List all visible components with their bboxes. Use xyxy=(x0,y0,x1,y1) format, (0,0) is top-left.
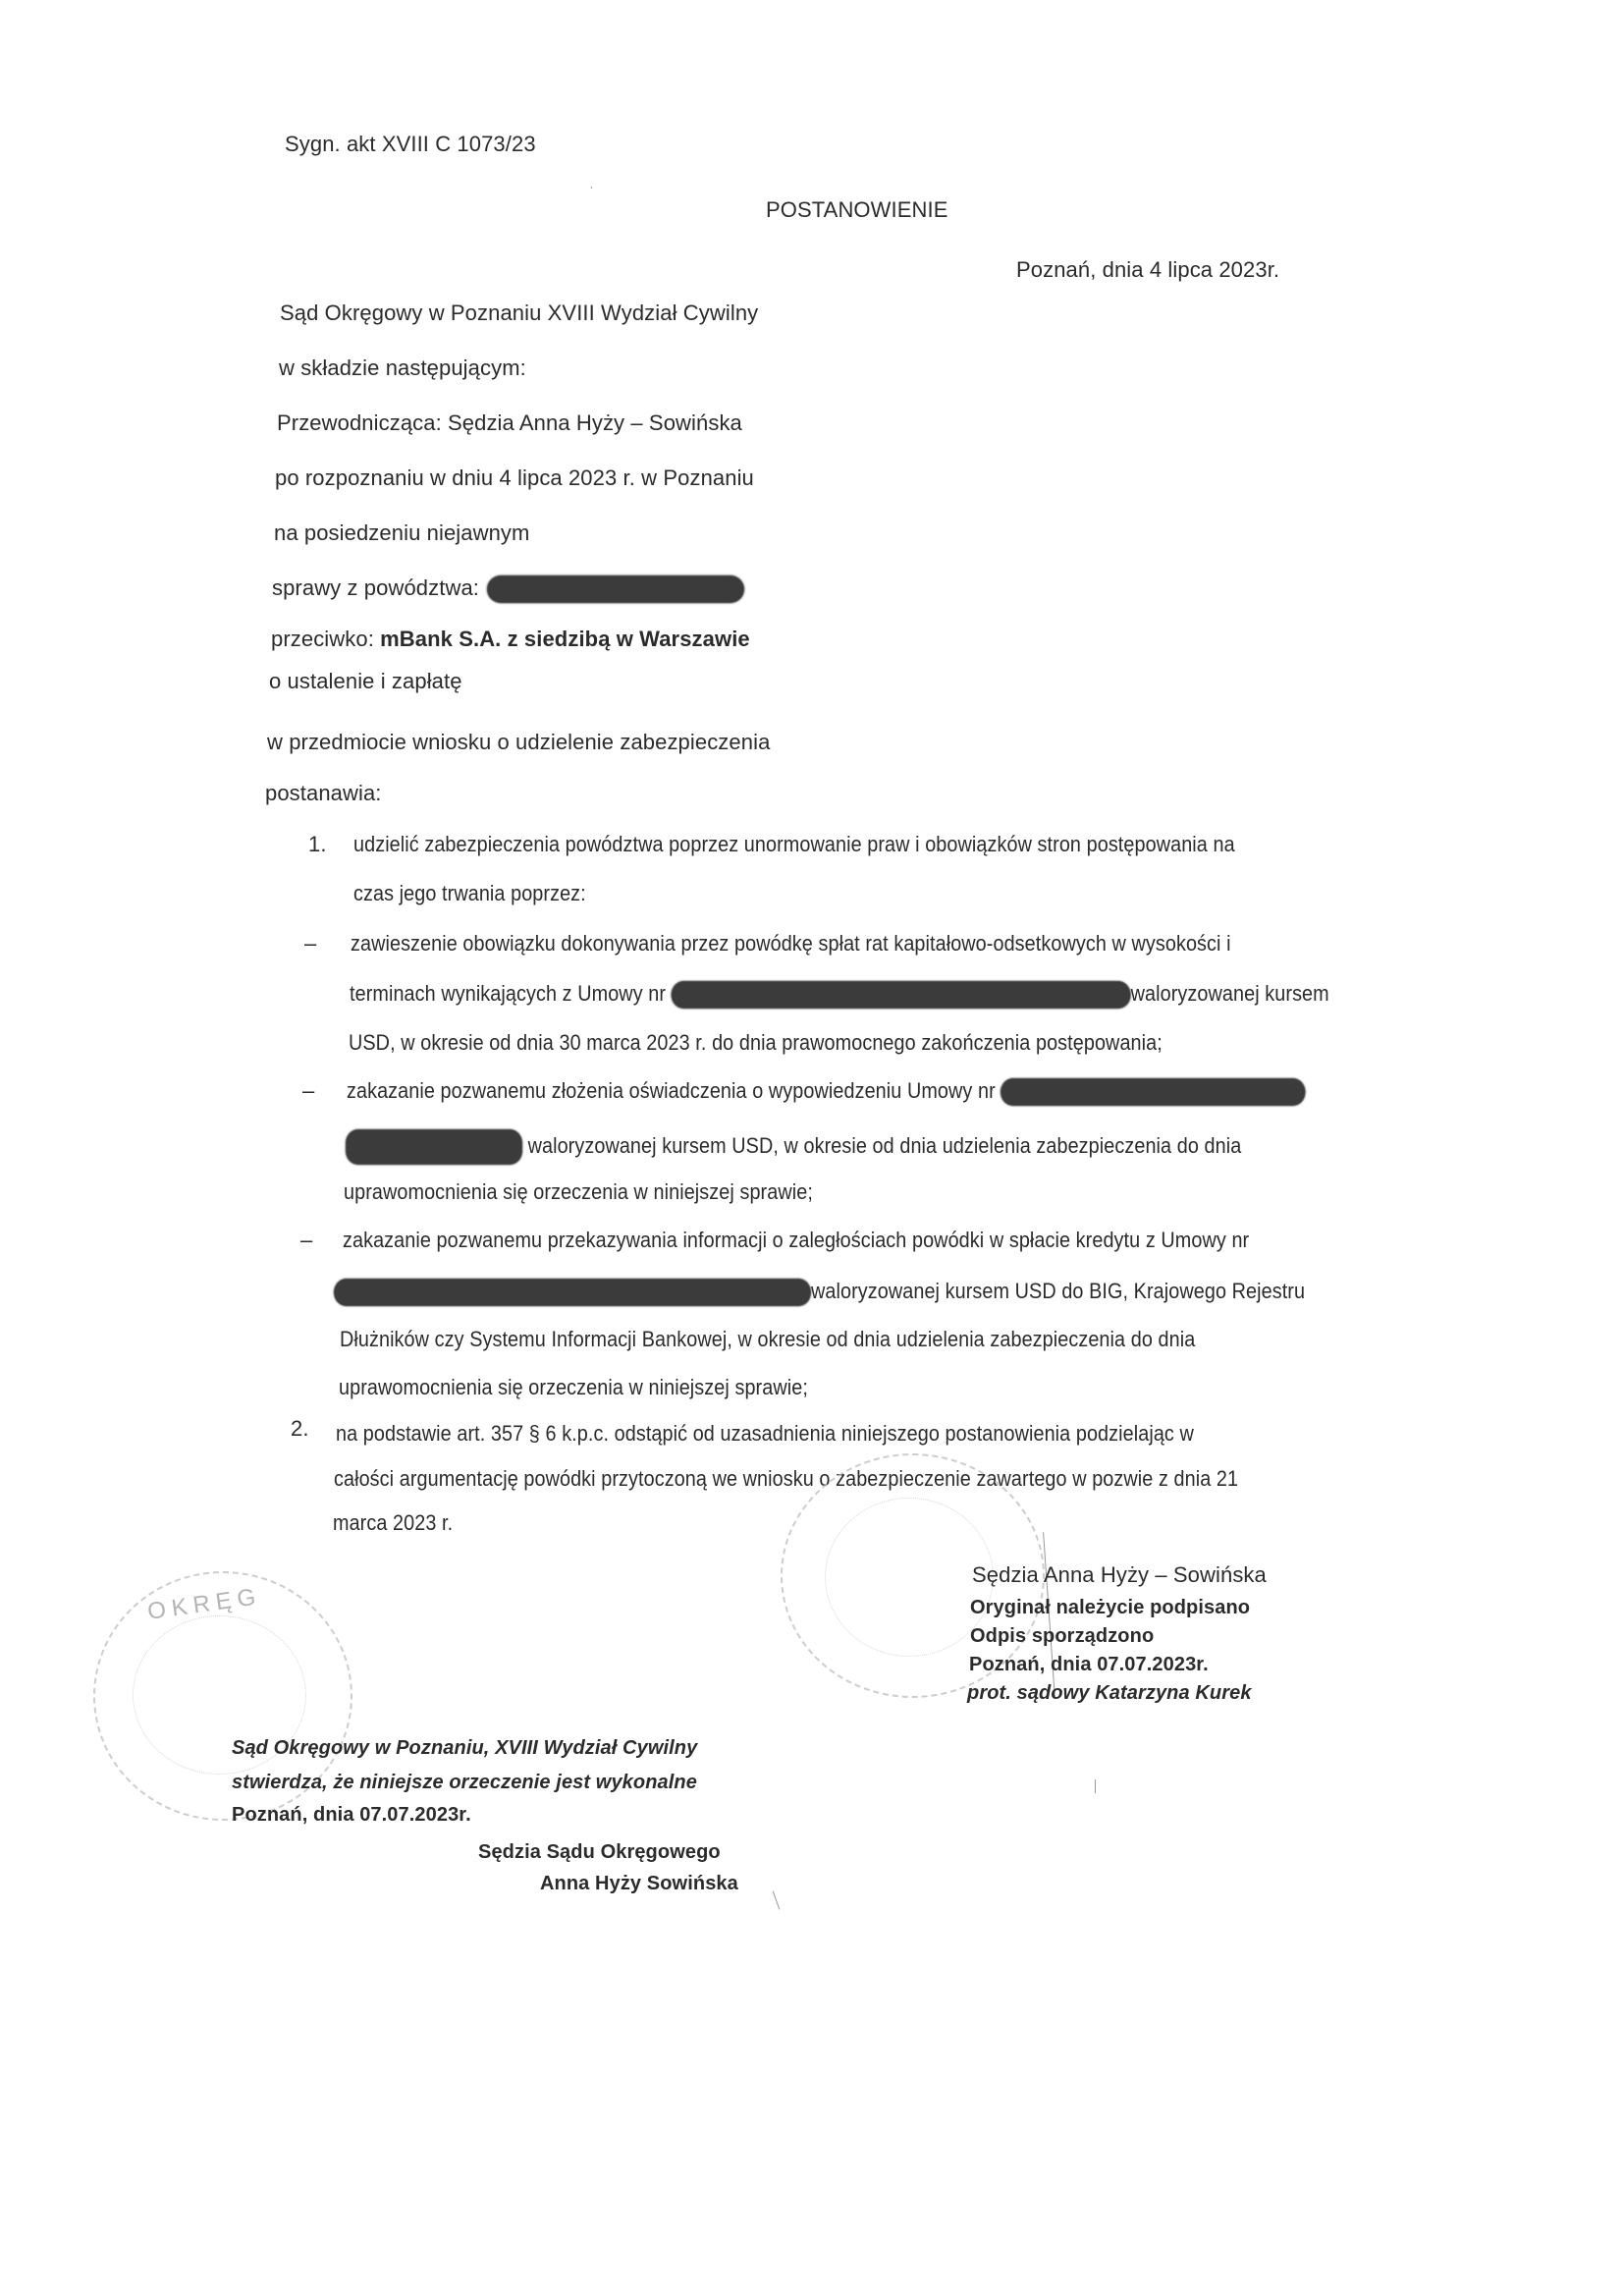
enforceability-statement: stwierdza, że niniejsze orzeczenie jest … xyxy=(232,1770,697,1795)
item2-line3: marca 2023 r. xyxy=(333,1509,453,1537)
bullet2-line1: zakazanie pozwanemu złożenia oświadczeni… xyxy=(347,1077,1306,1106)
composition-label: w składzie następującym: xyxy=(279,355,526,382)
contract-number-redaction xyxy=(346,1129,522,1165)
session-type: na posiedzeniu niejawnym xyxy=(274,519,529,547)
signature-judge: Sędzia Anna Hyży – Sowińska xyxy=(972,1561,1267,1589)
bullet3-line2-after: waloryzowanej kursem USD do BIG, Krajowe… xyxy=(811,1279,1305,1303)
item2-line2: całości argumentację powódki przytoczoną… xyxy=(334,1465,1238,1493)
copy-date: Poznań, dnia 07.07.2023r. xyxy=(969,1652,1209,1677)
clerk-name: prot. sądowy Katarzyna Kurek xyxy=(967,1680,1252,1706)
scan-mark xyxy=(591,187,592,189)
original-signed-note: Oryginał należycie podpisano xyxy=(970,1595,1250,1620)
bullet1-line2-after: waloryzowanej kursem xyxy=(1131,981,1329,1006)
bullet2-marker: – xyxy=(302,1077,314,1105)
place-date: Poznań, dnia 4 lipca 2023r. xyxy=(1016,256,1279,284)
plaintiff-line: sprawy z powództwa: xyxy=(272,574,744,603)
bullet2-line2-after: waloryzowanej kursem USD, w okresie od d… xyxy=(528,1133,1242,1158)
bullet2-line3: uprawomocnienia się orzeczenia w niniejs… xyxy=(344,1178,813,1206)
document-title: POSTANOWIENIE xyxy=(766,196,947,224)
contract-number-redaction xyxy=(334,1279,811,1306)
defendant-line: przeciwko: mBank S.A. z siedzibą w Warsz… xyxy=(271,626,750,653)
enforceability-judge-title: Sędzia Sądu Okręgowego xyxy=(478,1839,721,1865)
bullet3-marker: – xyxy=(300,1227,312,1254)
enforceability-date: Poznań, dnia 07.07.2023r. xyxy=(232,1802,471,1828)
copy-made-note: Odpis sporządzono xyxy=(970,1623,1154,1649)
contract-number-redaction xyxy=(1001,1078,1305,1106)
item2-line1: na podstawie art. 357 § 6 k.p.c. odstąpi… xyxy=(336,1420,1194,1448)
scan-mark xyxy=(1095,1779,1096,1793)
item2-number: 2. xyxy=(291,1415,309,1443)
defendant-label: przeciwko: xyxy=(271,627,374,651)
subject-matter: w przedmiocie wniosku o udzielenie zabez… xyxy=(267,729,770,756)
court-seal-inner-ring xyxy=(825,1498,994,1657)
claim-type: o ustalenie i zapłatę xyxy=(269,668,462,695)
item1-number: 1. xyxy=(308,831,327,858)
bullet3-line2: waloryzowanej kursem USD do BIG, Krajowe… xyxy=(334,1278,1305,1306)
scan-mark xyxy=(773,1890,781,1909)
item1-line1: udzielić zabezpieczenia powództwa poprze… xyxy=(353,831,1235,858)
bullet1-line3: USD, w okresie od dnia 30 marca 2023 r. … xyxy=(349,1029,1163,1057)
bullet1-marker: – xyxy=(304,930,316,957)
bullet3-line1: zakazanie pozwanemu przekazywania inform… xyxy=(343,1227,1249,1254)
plaintiff-redaction xyxy=(487,575,744,603)
bullet2-line1-before: zakazanie pozwanemu złożenia oświadczeni… xyxy=(347,1078,996,1103)
contract-number-redaction xyxy=(672,981,1131,1009)
plaintiff-label: sprawy z powództwa: xyxy=(272,575,479,600)
defendant-name: mBank S.A. z siedzibą w Warszawie xyxy=(380,627,750,651)
enforceability-judge-name: Anna Hyży Sowińska xyxy=(540,1871,738,1896)
bullet1-line1: zawieszenie obowiązku dokonywania przez … xyxy=(351,930,1231,957)
hearing-info: po rozpoznaniu w dniu 4 lipca 2023 r. w … xyxy=(275,465,754,492)
bullet3-line3: Dłużników czy Systemu Informacji Bankowe… xyxy=(340,1326,1195,1353)
case-number: Sygn. akt XVIII C 1073/23 xyxy=(285,131,536,158)
court-name: Sąd Okręgowy w Poznaniu XVIII Wydział Cy… xyxy=(280,300,758,327)
bullet2-line2: waloryzowanej kursem USD, w okresie od d… xyxy=(346,1129,1241,1165)
decides-label: postanawia: xyxy=(265,780,382,807)
bullet1-line2: terminach wynikających z Umowy nr walory… xyxy=(350,980,1329,1009)
bullet3-line4: uprawomocnienia się orzeczenia w niniejs… xyxy=(339,1374,808,1401)
item1-line2: czas jego trwania poprzez: xyxy=(353,880,586,907)
presiding-judge: Przewodnicząca: Sędzia Anna Hyży – Sowiń… xyxy=(277,410,742,437)
bullet1-line2-before: terminach wynikających z Umowy nr xyxy=(350,981,666,1006)
enforceability-court: Sąd Okręgowy w Poznaniu, XVIII Wydział C… xyxy=(232,1735,697,1761)
